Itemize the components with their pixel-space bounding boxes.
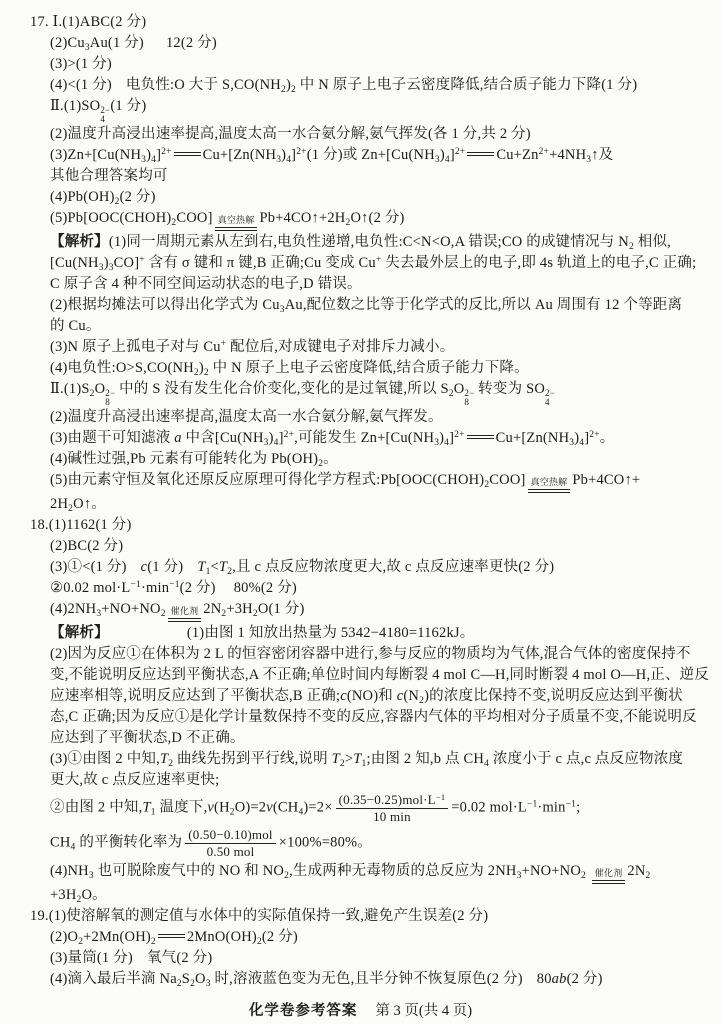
doc-line-44: (4)滴入最后半滴 Na2S2O3 时,溶液蓝色变为无色,且半分钟不恢复原色(2… [0,969,721,989]
doc-line-28: (4)2NH3+NO+NO2催化剂2N2+3H2O(1 分) [0,599,721,622]
doc-line-25: (2)BC(2 分) [0,536,721,556]
doc-line-38: CH4 的平衡转化率为(0.50−0.10)mol0.50 mol×100%=8… [0,826,721,860]
doc-line-21: (4)碱性过强,Pb 元素有可能转化为 Pb(OH)2。 [0,449,721,469]
doc-line-32: 应速率相等,说明反应达到了平衡状态,B 正确;c(NO)和 c(N2)的浓度比保… [0,686,721,706]
doc-line-30: (2)因为反应①在体积为 2 L 的恒容密闭容器中进行,参与反应的物质均为气体,… [0,644,721,664]
doc-line-18: Ⅱ.(1)S2O2−8 中的 S 没有发生化合价变化,变化的是过氧键,所以 S2… [0,379,721,406]
charge-stack: 2−4 [100,106,110,123]
doc-line-13: C 原子含 4 种不同空间运动状态的电子,D 错误。 [0,274,721,294]
doc-line-8: 其他合理答案均可 [0,166,721,186]
page-footer: 化学卷参考答案第 3 页(共 4 页) [0,999,721,1020]
double-bond-equals [174,152,201,156]
doc-line-9: (4)Pb(OH)2(2 分) [0,187,721,207]
doc-line-5: Ⅱ.(1)SO2−4(1 分) [0,96,721,123]
doc-line-6: (2)温度升高浸出速率提高,温度太高一水合氨分解,氨气挥发(各 1 分,共 2 … [0,124,721,144]
doc-line-11: 【解析】(1)同一周期元素从左到右,电负性递增,电负性:C<N<O,A 错误;C… [0,232,721,252]
doc-line-14: (2)根据均摊法可以得出化学式为 Cu3Au,配位数之比等于化学式的反比,所以 … [0,295,721,315]
doc-line-19: (2)温度升高浸出速率提高,温度太高一水合氨分解,氨气挥发。 [0,407,721,427]
doc-line-7: (3)Zn+[Cu(NH3)4]2+Cu+[Zn(NH3)4]2+(1 分)或 … [0,145,721,165]
footer-title: 化学卷参考答案 [249,1003,358,1019]
doc-line-35: (3)①由图 2 中知,T2 曲线先拐到平行线,说明 T2>T1;由图 2 知,… [0,749,721,769]
doc-line-1: 17. Ⅰ.(1)ABC(2 分) [0,12,721,32]
doc-line-42: (2)O2+2Mn(OH)22MnO(OH)2(2 分) [0,927,721,947]
charge-stack: 2−8 [464,389,474,406]
fraction: (0.50−0.10)mol0.50 mol [185,826,276,860]
fraction: (0.35−0.25)mol·L−110 min [336,791,449,825]
reaction-condition-arrow: 真空热解 [215,215,258,231]
doc-line-39: (4)NH3 也可脱除废气中的 NO 和 NO2,生成两种无毒物质的总反应为 2… [0,861,721,884]
doc-line-27: ②0.02 mol·L−1·min−1(2 分)80%(2 分) [0,578,721,598]
doc-line-36: 更大,故 c 点反应速率更快; [0,770,721,790]
doc-line-37: ②由图 2 中知,T1 温度下,v(H2O)=2v(CH4)=2×(0.35−0… [0,791,721,825]
doc-line-4: (4)<(1 分)电负性:O 大于 S,CO(NH2)2 中 N 原子上电子云密… [0,75,721,95]
doc-line-16: (3)N 原子上孤电子对与 Cu+ 配位后,对成键电子对排斥力减小。 [0,337,721,357]
reaction-condition-arrow: 真空热解 [528,477,571,493]
doc-line-34: 应达到了平衡状态,D 不正确。 [0,728,721,748]
footer-page-info: 第 3 页(共 4 页) [375,1003,472,1019]
doc-line-40: +3H2O。 [0,885,721,905]
doc-line-20: (3)由题干可知滤液 a 中含[Cu(NH3)4]2+,可能发生 Zn+[Cu(… [0,428,721,448]
doc-line-17: (4)电负性:O>S,CO(NH2)2 中 N 原子上电子云密度降低,结合质子能… [0,358,721,378]
charge-stack: 2−4 [545,389,555,406]
doc-line-41: 19.(1)使溶解氧的测定值与水体中的实际值保持一致,避免产生误差(2 分) [0,906,721,926]
doc-line-24: 18.(1)1162(1 分) [0,515,721,535]
charge-stack: 2−8 [105,389,115,406]
doc-line-22: (5)由元素守恒及氧化还原反应原理可得化学方程式:Pb[OOC(CHOH)2CO… [0,470,721,493]
double-bond-equals [467,152,494,156]
double-bond-equals [467,435,494,439]
document-body: 17. Ⅰ.(1)ABC(2 分)(2)Cu3Au(1 分)12(2 分)(3)… [0,12,721,989]
doc-line-10: (5)Pb[OOC(CHOH)2COO]真空热解Pb+4CO↑+2H2O↑(2 … [0,208,721,231]
doc-line-29: 【解析】(1)由图 1 知放出热量为 5342−4180=1162kJ。 [0,623,721,643]
answer-sheet-page: 17. Ⅰ.(1)ABC(2 分)(2)Cu3Au(1 分)12(2 分)(3)… [0,0,721,1020]
doc-line-12: [Cu(NH3)3CO]+ 含有 σ 键和 π 键,B 正确;Cu 变成 Cu+… [0,253,721,273]
doc-line-3: (3)>(1 分) [0,54,721,74]
doc-line-26: (3)①<(1 分)c(1 分)T1<T2,且 c 点反应物浓度更大,故 c 点… [0,557,721,577]
doc-line-2: (2)Cu3Au(1 分)12(2 分) [0,33,721,53]
doc-line-43: (3)量筒(1 分)氧气(2 分) [0,948,721,968]
doc-line-23: 2H2O↑。 [0,494,721,514]
reaction-condition-arrow: 催化剂 [168,606,202,622]
reaction-condition-arrow: 催化剂 [592,868,626,884]
doc-line-31: 变,不能说明反应达到平衡状态,A 不正确;单位时间内每断裂 4 mol C—H,… [0,665,721,685]
double-bond-equals [158,934,185,938]
doc-line-15: 的 Cu。 [0,316,721,336]
doc-line-33: 态,C 正确;因为反应①是化学计量数保持不变的反应,容器内气体的平均相对分子质量… [0,707,721,727]
